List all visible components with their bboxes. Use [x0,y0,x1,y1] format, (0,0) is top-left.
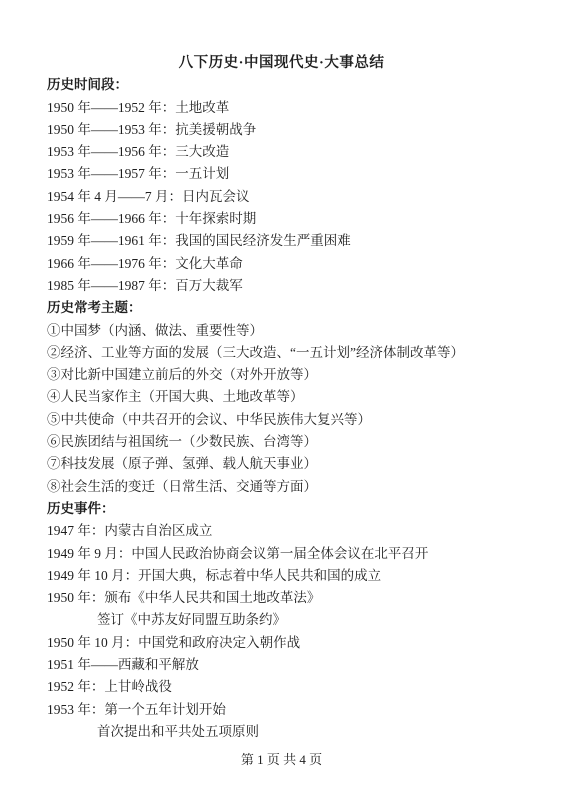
document-line: ⑦科技发展（原子弹、氢弹、载人航天事业） [47,453,516,475]
document-line: 1949 年 10 月：开国大典，标志着中华人民共和国的成立 [47,565,516,587]
document-line: 1956 年——1966 年：十年探索时期 [47,208,516,230]
document-line: 1959 年——1961 年：我国的国民经济发生严重困难 [47,230,516,252]
document-content: 八下历史·中国现代史·大事总结 历史时间段：1950 年——1952 年：土地改… [0,0,563,772]
document-line: ②经济、工业等方面的发展（三大改造、“一五计划”经济体制改革等） [47,342,516,364]
document-line: 1949 年 9 月：中国人民政治协商会议第一届全体会议在北平召开 [47,543,516,565]
page-number-footer: 第 1 页 共 4 页 [47,749,516,771]
document-title: 八下历史·中国现代史·大事总结 [47,52,516,74]
document-line: ⑤中共使命（中共召开的会议、中华民族伟大复兴等） [47,409,516,431]
document-line: 1951 年——西藏和平解放 [47,654,516,676]
document-line: 1950 年——1952 年：土地改革 [47,97,516,119]
document-line: ③对比新中国建立前后的外交（对外开放等） [47,364,516,386]
document-line: 1950 年：颁布《中华人民共和国土地改革法》 [47,587,516,609]
document-line: 1947 年：内蒙古自治区成立 [47,520,516,542]
document-line: ①中国梦（内涵、做法、重要性等） [47,320,516,342]
document-line: ⑥民族团结与祖国统一（少数民族、台湾等） [47,431,516,453]
document-line: 1950 年 10 月：中国党和政府决定入朝作战 [47,632,516,654]
document-line: 1953 年：第一个五年计划开始 [47,699,516,721]
section-heading: 历史时间段： [47,74,516,96]
document-line: ④人民当家作主（开国大典、土地改革等） [47,386,516,408]
document-page: 八下历史·中国现代史·大事总结 历史时间段：1950 年——1952 年：土地改… [0,0,563,800]
document-line: 1985 年——1987 年：百万大裁军 [47,275,516,297]
document-line: 1954 年 4 月——7 月：日内瓦会议 [47,186,516,208]
document-line: ⑧社会生活的变迁（日常生活、交通等方面） [47,476,516,498]
document-line: 1966 年——1976 年：文化大革命 [47,253,516,275]
document-line: 1953 年——1956 年：三大改造 [47,141,516,163]
document-line: 首次提出和平共处五项原则 [47,721,516,743]
section-heading: 历史事件： [47,498,516,520]
document-body: 历史时间段：1950 年——1952 年：土地改革1950 年——1953 年：… [47,74,516,743]
document-line: 签订《中苏友好同盟互助条约》 [47,609,516,631]
document-line: 1952 年：上甘岭战役 [47,676,516,698]
section-heading: 历史常考主题： [47,297,516,319]
document-line: 1950 年——1953 年：抗美援朝战争 [47,119,516,141]
document-line: 1953 年——1957 年：一五计划 [47,163,516,185]
